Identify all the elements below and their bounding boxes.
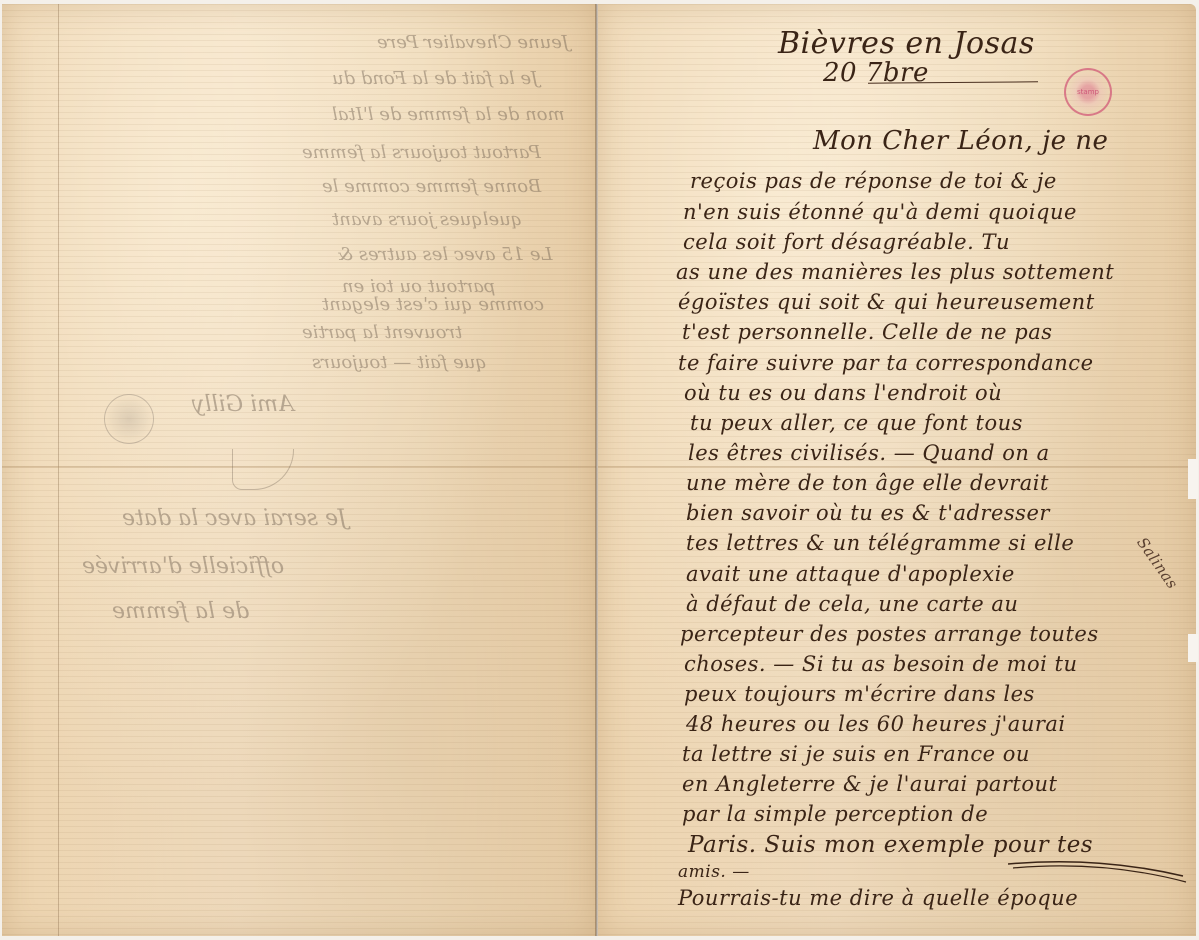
ghost-line: Je serai avec la date (122, 506, 347, 531)
ghost-stamp (104, 394, 154, 444)
letter-line: tes lettres & un télégramme si elle (686, 531, 1074, 555)
letter-line: par la simple perception de (682, 802, 988, 826)
letter-line: en Angleterre & je l'aurai partout (682, 772, 1057, 796)
ghost-line: comme qui c'est elegant (322, 294, 544, 315)
letter-line: avait une attaque d'apoplexie (686, 562, 1015, 586)
ghost-line: trouvent la partie (302, 322, 462, 343)
letter-line: percepteur des postes arrange toutes (680, 622, 1099, 646)
letter-line: tu peux aller, ce que font tous (690, 411, 1023, 435)
ghost-line: Je la fait de la Fond du (332, 68, 538, 89)
horizontal-fold-crease (2, 466, 596, 468)
letter-line: te faire suivre par ta correspondance (678, 351, 1094, 375)
date-underline (868, 81, 1038, 83)
letter-line: 48 heures ou les 60 heures j'aurai (686, 712, 1066, 736)
ghost-line: Bonne femme comme le (322, 176, 541, 197)
ghost-line: Le 15 avec les autres & (337, 244, 552, 265)
right-page: Bièvres en Josas 20 7bre stamp Mon Cher … (598, 4, 1196, 936)
letter-place: Bièvres en Josas (778, 26, 1035, 61)
letter-line: une mère de ton âge elle devrait (686, 471, 1049, 495)
ghost-flourish (232, 449, 294, 490)
letter-line: ta lettre si je suis en France ou (682, 742, 1030, 766)
torn-edge (1188, 634, 1198, 662)
ghost-line: Partout toujours la femme (302, 142, 541, 163)
page-margin-line (58, 4, 59, 936)
ghost-line: officielle d'arrivée (82, 554, 284, 579)
margin-annotation: Salinas (1133, 534, 1181, 592)
letter-line: Pourrais-tu me dire à quelle époque (678, 886, 1078, 910)
letter-line: les êtres civilisés. — Quand on a (688, 441, 1050, 465)
horizontal-fold-crease (598, 466, 1196, 468)
letter-line: cela soit fort désagréable. Tu (683, 230, 1010, 254)
letter-line: égoïstes qui soit & qui heureusement (678, 290, 1095, 314)
left-page: Jeune Chevalier Pere Je la fait de la Fo… (2, 4, 596, 936)
letter-line: choses. — Si tu as besoin de moi tu (684, 652, 1078, 676)
red-ink-stamp: stamp (1064, 68, 1112, 116)
letter-line: amis. — (678, 862, 750, 882)
ghost-line: quelques jours avant (332, 209, 522, 230)
letter-line: n'en suis étonné qu'à demi quoique (683, 200, 1077, 224)
letter-line: reçois pas de réponse de toi & je (690, 169, 1057, 193)
underline-flourish (1008, 854, 1188, 884)
salutation: Mon Cher Léon, je ne (813, 126, 1108, 156)
letter-line: peux toujours m'écrire dans les (684, 682, 1035, 706)
letter-line: bien savoir où tu es & t'adresser (686, 501, 1050, 525)
letter-line: as une des manières les plus sottement (676, 260, 1114, 284)
letter-line: où tu es ou dans l'endroit où (684, 381, 1002, 405)
letter-line: à défaut de cela, une carte au (686, 592, 1018, 616)
ghost-signature: Ami Gilly (192, 392, 294, 417)
ghost-line: Jeune Chevalier Pere (377, 32, 569, 53)
letter-line: t'est personnelle. Celle de ne pas (682, 320, 1053, 344)
stamp-label: stamp (1077, 89, 1099, 96)
ghost-line: mon de la femme de l'Ital (332, 104, 565, 125)
torn-edge (1188, 459, 1198, 499)
ghost-line: de la femme (112, 599, 249, 624)
letter-spread: Jeune Chevalier Pere Je la fait de la Fo… (0, 0, 1199, 940)
ghost-line: que fait — toujours (312, 352, 487, 373)
